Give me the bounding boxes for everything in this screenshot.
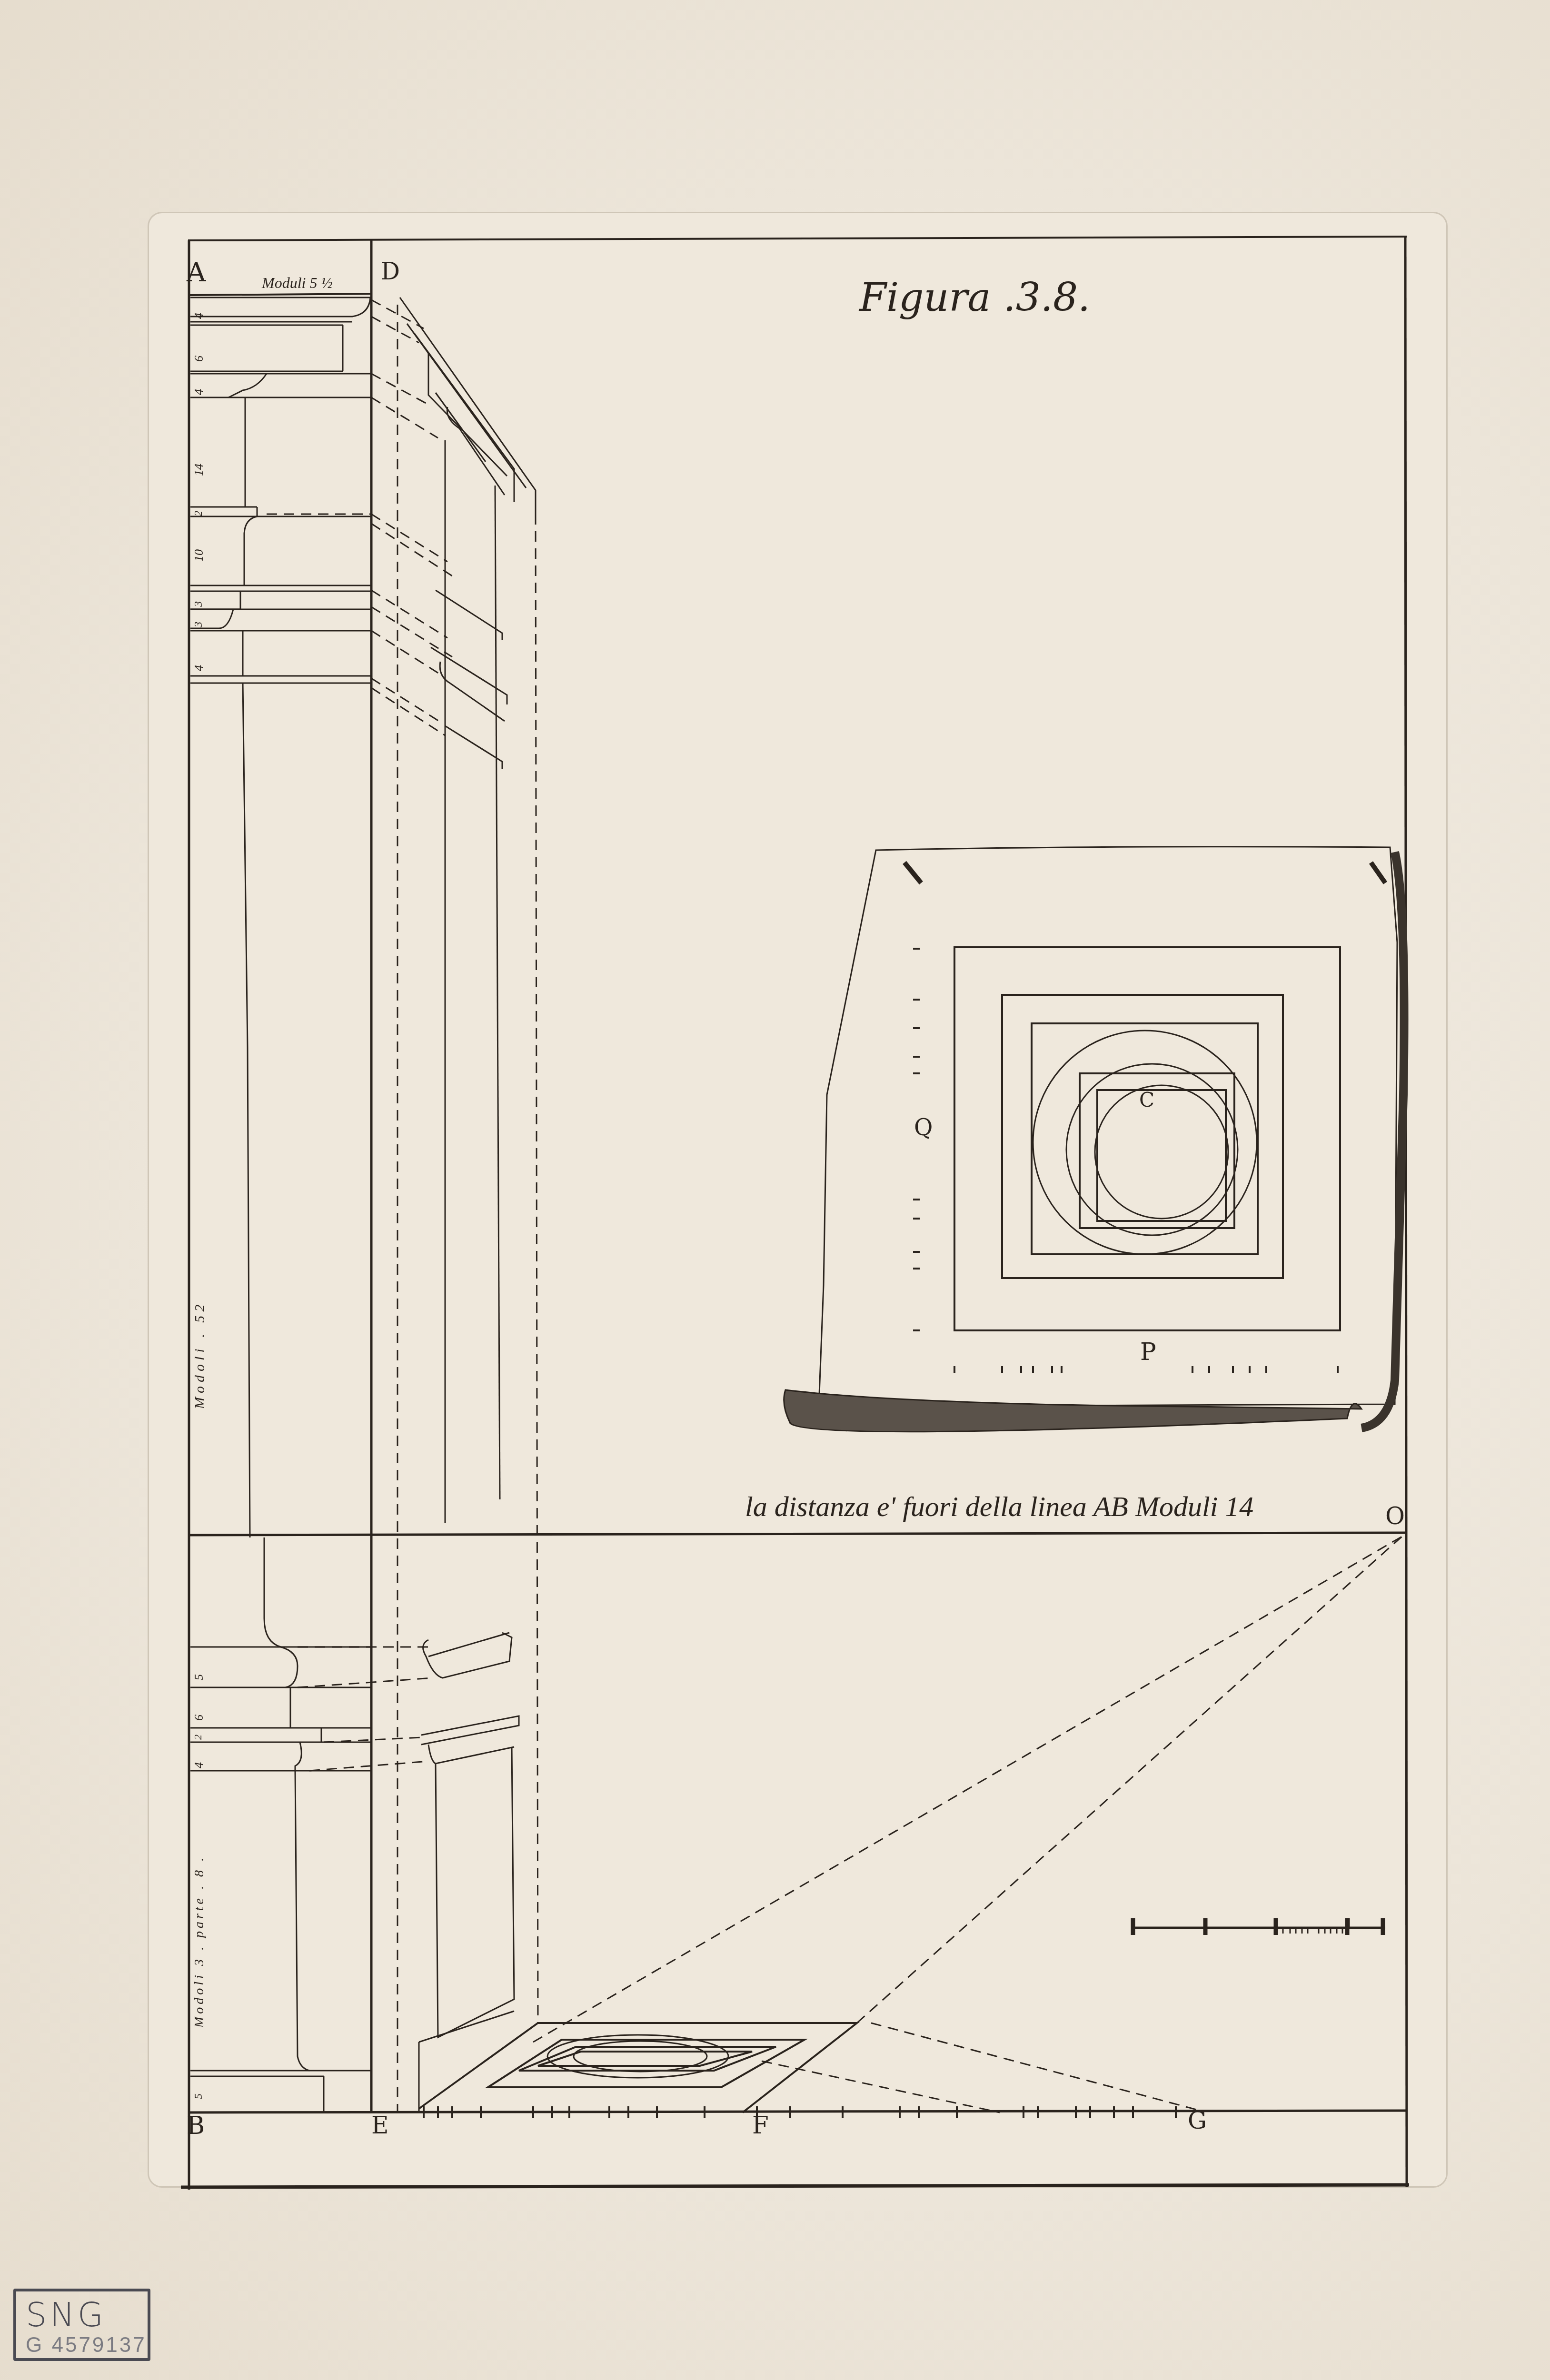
scale-num: 3: [193, 622, 204, 627]
frame-bottom: [181, 2185, 1409, 2187]
scale-num: 14: [193, 464, 205, 476]
column-elevation: [190, 297, 371, 2112]
scale-num: 4: [193, 1762, 205, 1768]
point-label-C: C: [1139, 1090, 1154, 1110]
point-label-E: E: [371, 2113, 389, 2137]
point-label-F: F: [752, 2113, 769, 2137]
frame-right: [1405, 237, 1407, 2187]
point-label-G: G: [1188, 2109, 1207, 2132]
point-label-B: B: [187, 2113, 205, 2138]
shaft-measure-label: Modoli . 52: [193, 1301, 207, 1409]
point-label-P: P: [1140, 1340, 1156, 1364]
scale-num: 5: [193, 2093, 204, 2099]
scale-num: 4: [193, 389, 205, 395]
floor-plan-perspective: [419, 2023, 857, 2112]
point-label-D: D: [381, 259, 400, 283]
stamp-number: G 4579137: [26, 2333, 147, 2357]
column-perspective: [400, 297, 536, 2112]
scale-num: 10: [193, 549, 205, 562]
scale-num: 4: [193, 313, 205, 319]
frame-top: [188, 237, 1407, 240]
scale-num: 6: [193, 1715, 205, 1721]
perspective-drawing: [0, 0, 1550, 2380]
collection-stamp: SNG G 4579137: [13, 2289, 150, 2361]
point-label-Q: Q: [914, 1116, 933, 1139]
point-label-A: A: [187, 259, 206, 286]
scale-num: 3: [193, 601, 204, 607]
figure-title: Figura .3.8.: [859, 278, 1090, 317]
paper-sheet: Figura .3.8. A D Moduli 5 ½ 4 6 4 14 2 1…: [0, 0, 1550, 2380]
scale-num: 2: [193, 1735, 203, 1740]
distance-caption: la distanza e' fuori della linea AB Modu…: [745, 1492, 1253, 1521]
scale-num: 4: [193, 665, 205, 671]
stamp-mark: SNG: [26, 2295, 106, 2334]
pedestal-measure-label: Modoli 3 . parte . 8 .: [193, 1855, 206, 2028]
scroll-plan: [784, 847, 1404, 1432]
scale-num: 6: [193, 356, 205, 362]
scale-num: 5: [193, 1674, 205, 1680]
top-measure-label: Moduli 5 ½: [262, 275, 332, 290]
scale-num: 2: [193, 511, 204, 516]
point-label-O: O: [1385, 1504, 1405, 1528]
scale-bar: [1133, 1918, 1385, 1935]
